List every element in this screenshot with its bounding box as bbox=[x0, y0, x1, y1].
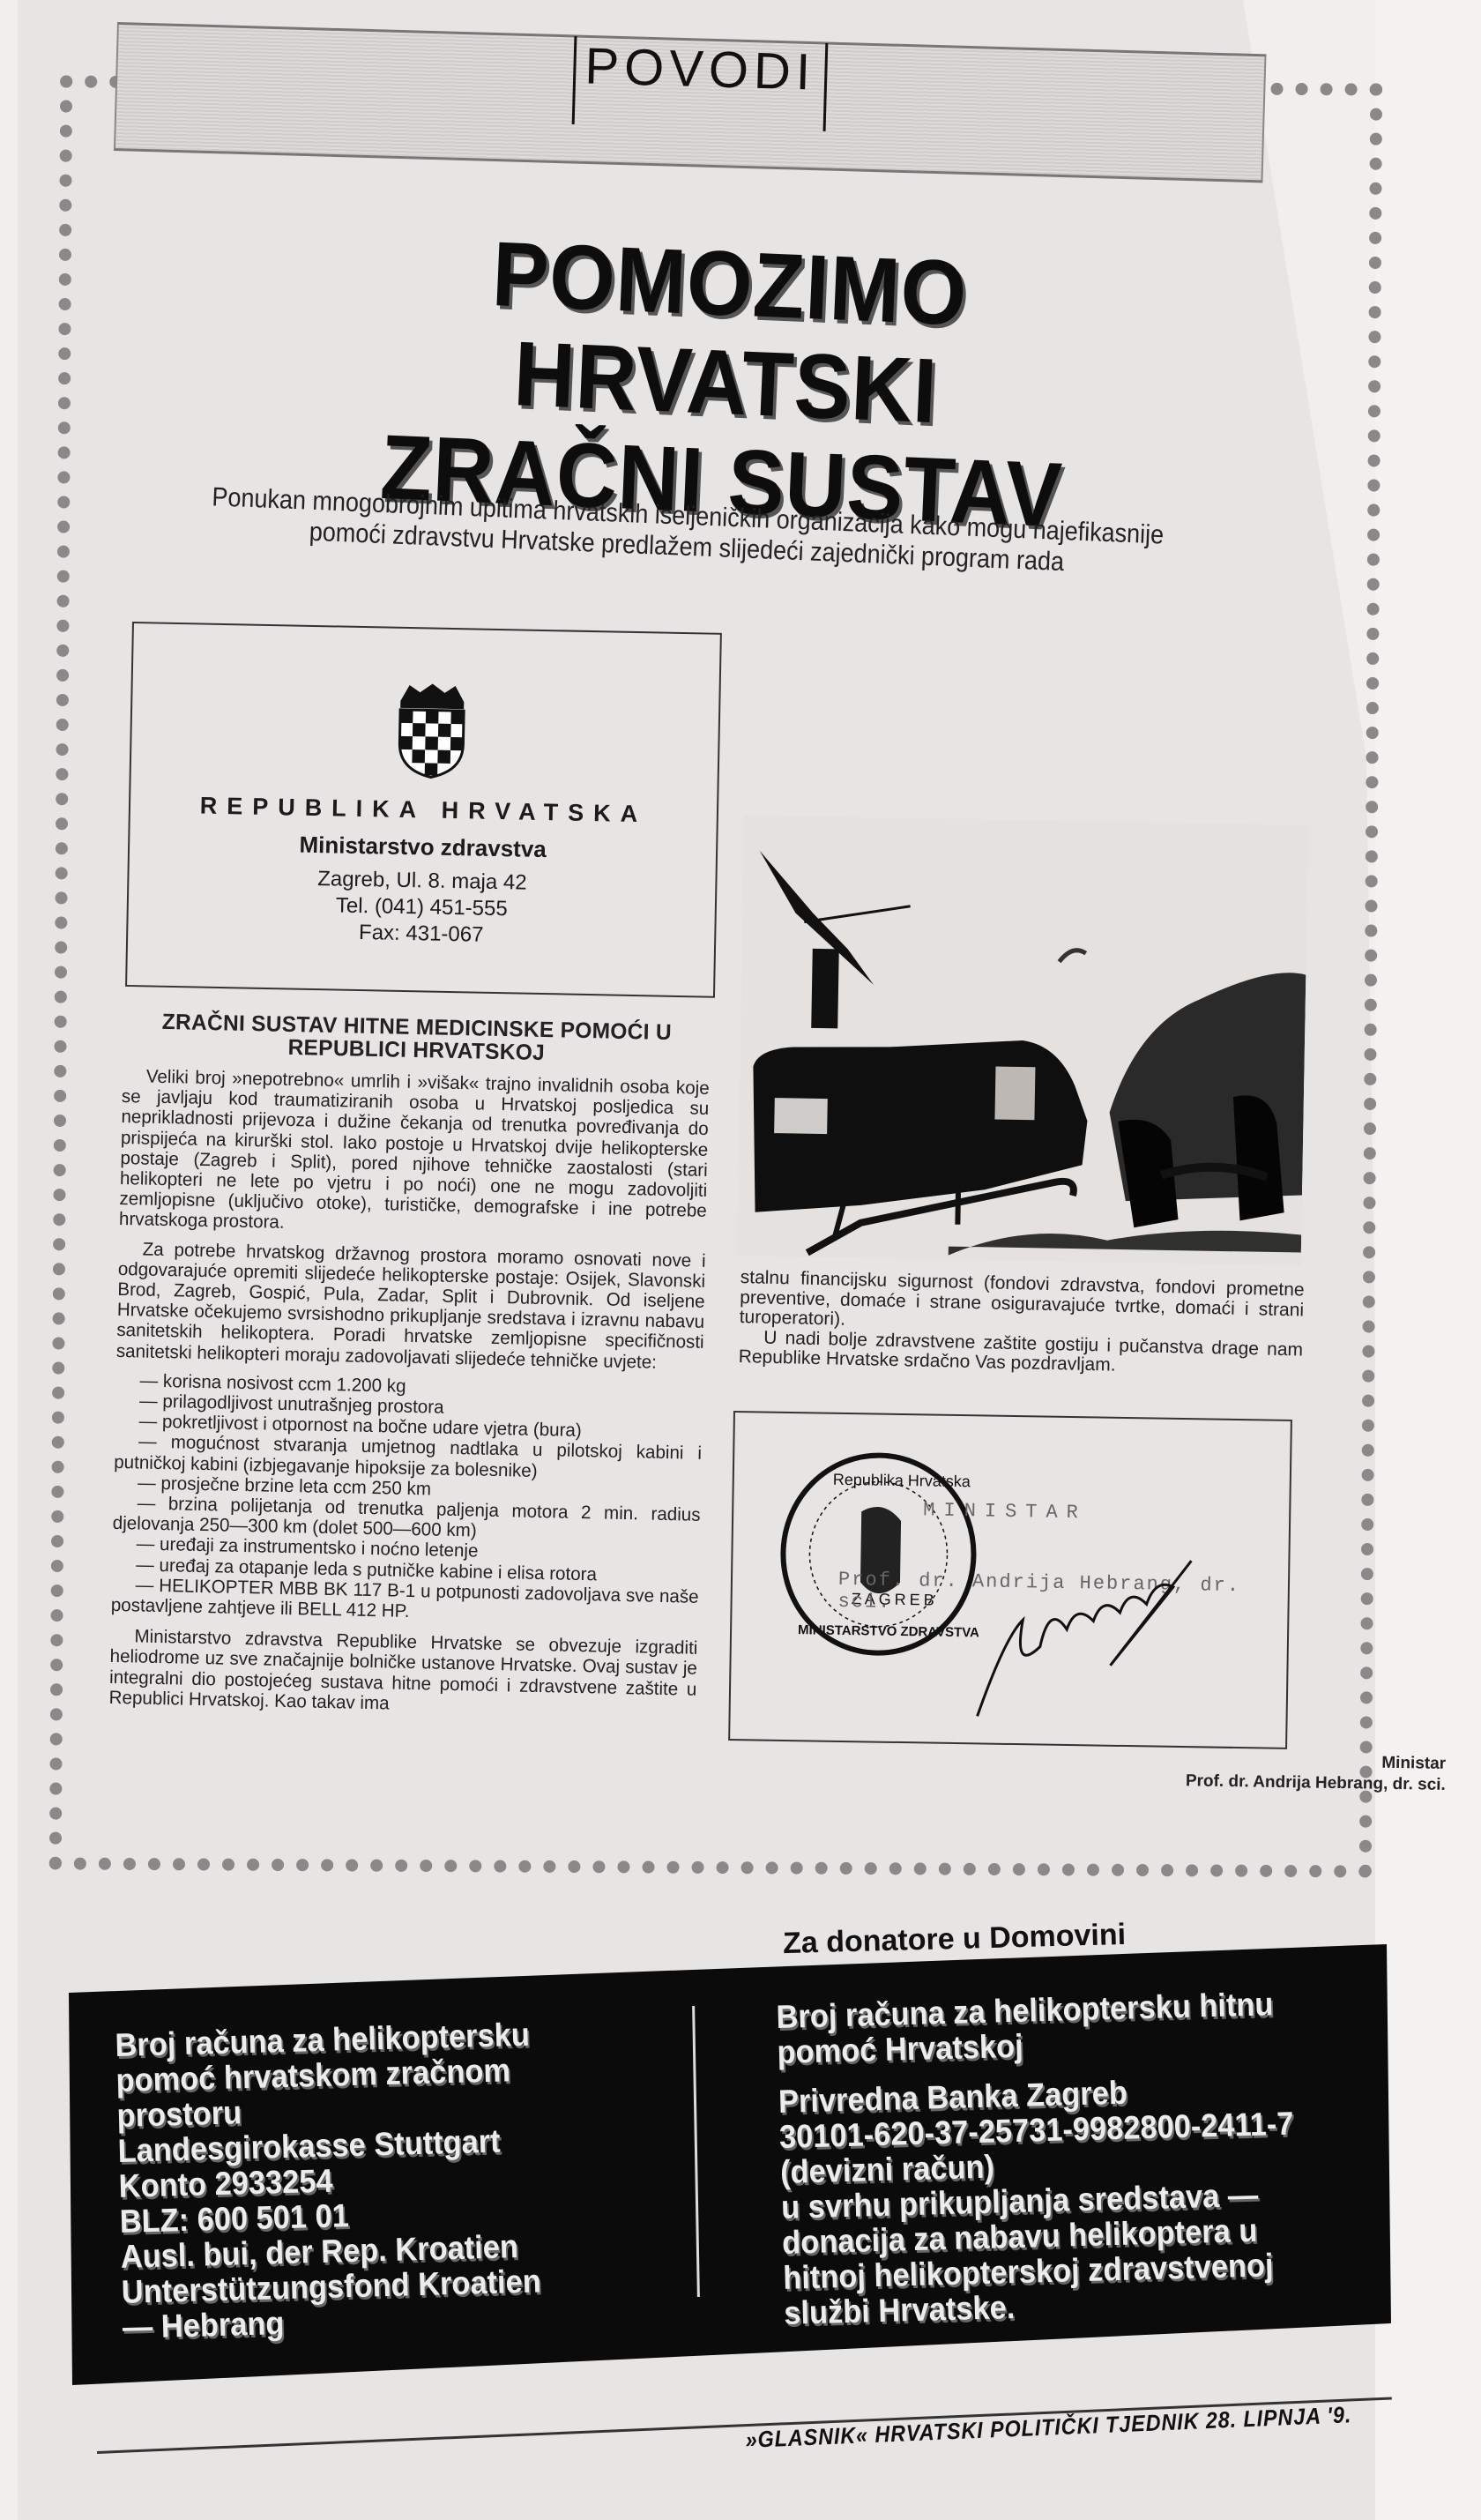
signature-icon bbox=[968, 1548, 1200, 1728]
typed-title: MINISTAR bbox=[923, 1499, 1087, 1524]
background bbox=[1375, 0, 1481, 2520]
article-column-2: stalnu financijsku sigurnost (fondovi zd… bbox=[738, 1268, 1304, 1380]
article-title: ZRAČNI SUSTAV HITNE MEDICINSKE POMOĆI U … bbox=[123, 1010, 711, 1068]
helicopter-photo bbox=[737, 815, 1309, 1265]
letterhead-ministry: Ministarstvo zdravstva bbox=[130, 828, 716, 867]
article-paragraph-1: Veliki broj »nepotrebno« umrlih i »višak… bbox=[119, 1066, 710, 1242]
stamp-bottom-text: MINISTARSTVO ZDRAVSTVA bbox=[798, 1622, 979, 1640]
signature-caption: Ministar Prof. dr. Andrija Hebrang, dr. … bbox=[1005, 1747, 1447, 1796]
section-kicker: POVODI bbox=[563, 36, 837, 132]
kicker-text: POVODI bbox=[584, 37, 816, 101]
domestic-account-block: Broj računa za helikoptersku hitnu pomoć… bbox=[776, 1987, 1299, 2331]
signature-box: Republika Hrvatska ZAGREB MINISTARSTVO Z… bbox=[728, 1411, 1292, 1749]
coat-of-arms-icon bbox=[396, 682, 468, 780]
headline-line-1: POMOZIMO HRVATSKI bbox=[274, 216, 1182, 451]
ministry-stamp-icon: Republika Hrvatska ZAGREB MINISTARSTVO Z… bbox=[776, 1449, 982, 1659]
requirements-list: — korisna nosivost ccm 1.200 kg — prilag… bbox=[111, 1370, 703, 1628]
article-paragraph-2: Za potrebe hrvatskog državnog prostora m… bbox=[116, 1239, 706, 1374]
article-body: ZRAČNI SUSTAV HITNE MEDICINSKE POMOĆI U … bbox=[108, 1010, 711, 1729]
foreign-account-block: Broj računa za helikoptersku pomoć hrvat… bbox=[115, 2017, 542, 2345]
kicker-rule-left bbox=[572, 36, 577, 124]
kicker-rule-right bbox=[822, 43, 828, 131]
stamp-top-text: Republika Hrvatska bbox=[833, 1471, 971, 1490]
letterhead-country: REPUBLIKA HRVATSKA bbox=[130, 791, 717, 830]
ministry-letterhead: REPUBLIKA HRVATSKA Ministarstvo zdravstv… bbox=[125, 622, 722, 998]
article-paragraph-3: Ministarstvo zdravstva Republike Hrvatsk… bbox=[108, 1626, 697, 1720]
